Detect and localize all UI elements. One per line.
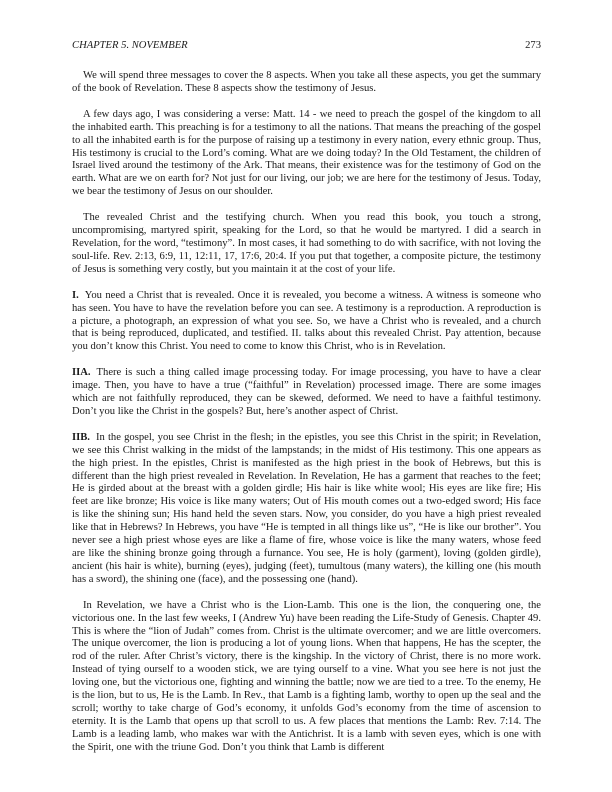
section-label: IIA. [72, 367, 91, 378]
paragraph-section-IIB: IIB.In the gospel, you see Christ in the… [72, 432, 541, 587]
paragraph-revealed-christ: The revealed Christ and the testifying c… [72, 212, 541, 277]
section-label: IIB. [72, 432, 90, 443]
running-header: CHAPTER 5. NOVEMBER 273 [72, 40, 541, 54]
section-label: I. [72, 290, 79, 301]
paragraph-section-I: I.You need a Christ that is revealed. On… [72, 290, 541, 355]
page-number: 273 [525, 40, 541, 54]
paragraph-lion-lamb: In Revelation, we have a Christ who is t… [72, 600, 541, 755]
paragraph-intro: We will spend three messages to cover th… [72, 70, 541, 96]
document-page: CHAPTER 5. NOVEMBER 273 We will spend th… [72, 40, 541, 755]
chapter-title: CHAPTER 5. NOVEMBER [72, 40, 188, 54]
paragraph-section-IIA: IIA.There is such a thing called image p… [72, 367, 541, 419]
paragraph-matthew: A few days ago, I was considering a vers… [72, 109, 541, 199]
